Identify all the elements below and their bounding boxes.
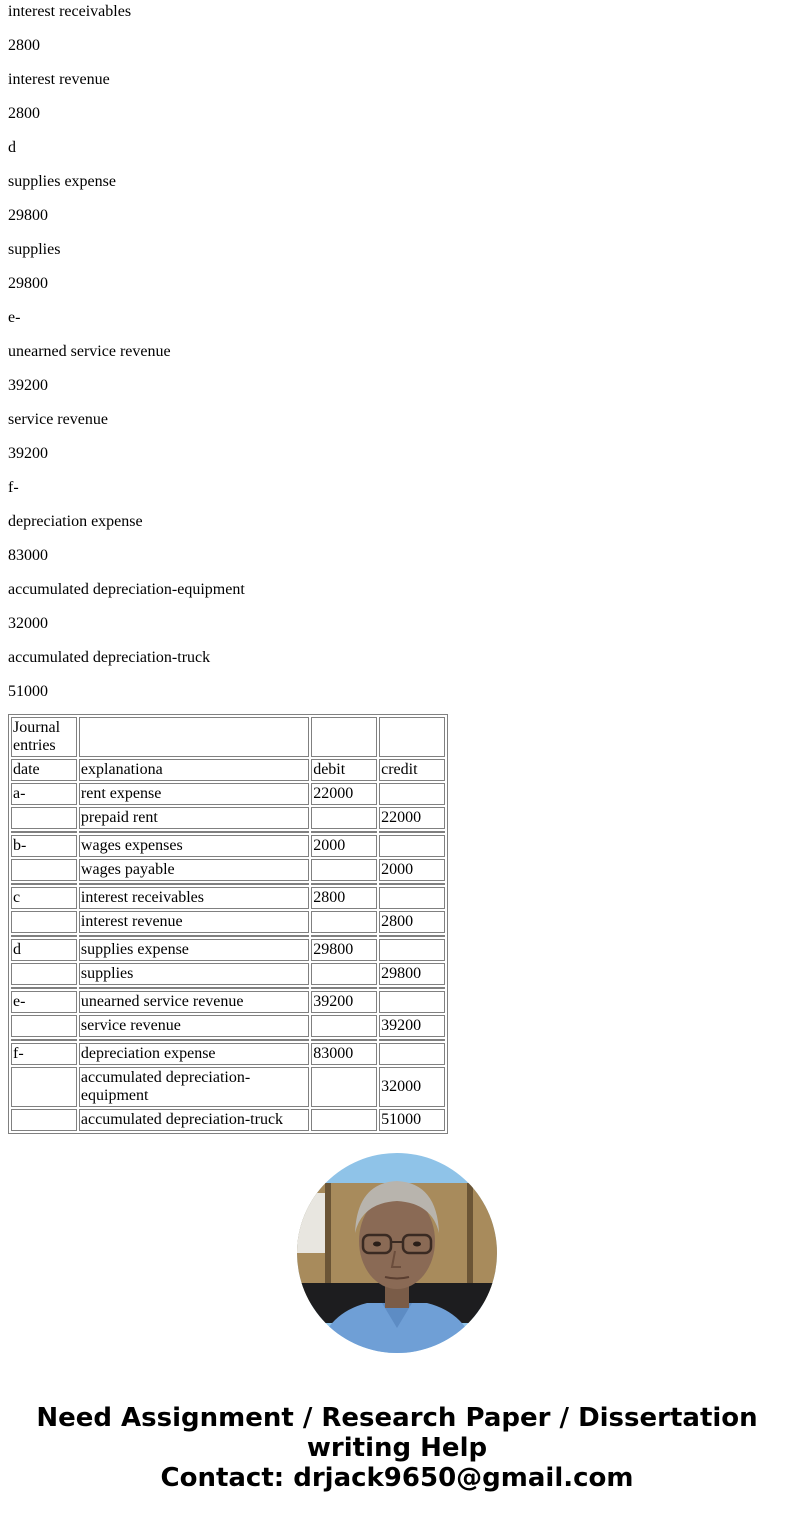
preamble-line: depreciation expense — [8, 510, 786, 544]
debit-cell: 39200 — [311, 991, 377, 1013]
debit-cell — [311, 1067, 377, 1107]
credit-cell — [379, 835, 445, 857]
separator-cell — [79, 1039, 309, 1041]
preamble-text: interest receivables2800interest revenue… — [8, 0, 786, 714]
preamble-line: accumulated depreciation-truck — [8, 646, 786, 680]
explanation-cell: service revenue — [79, 1015, 309, 1037]
debit-cell — [311, 963, 377, 985]
preamble-line: 83000 — [8, 544, 786, 578]
explanation-cell: rent expense — [79, 783, 309, 805]
table-row: supplies29800 — [11, 963, 445, 985]
date-cell — [11, 911, 77, 933]
explanation-cell: accumulated depreciation-truck — [79, 1109, 309, 1131]
explanation-cell: supplies — [79, 963, 309, 985]
table-title-row: Journal entries — [11, 717, 445, 757]
date-cell — [11, 807, 77, 829]
table-row: e-unearned service revenue39200 — [11, 991, 445, 1013]
date-cell — [11, 1067, 77, 1107]
separator-cell — [311, 935, 377, 937]
date-cell: d — [11, 939, 77, 961]
credit-cell: 2800 — [379, 911, 445, 933]
journal-entries-table: Journal entries date explanationa debit … — [8, 714, 448, 1134]
promo-line-2: writing Help — [0, 1433, 794, 1463]
preamble-line: 29800 — [8, 204, 786, 238]
table-row: f-depreciation expense83000 — [11, 1043, 445, 1065]
explanation-cell: interest revenue — [79, 911, 309, 933]
separator-cell — [11, 935, 77, 937]
group-separator-row — [11, 883, 445, 885]
separator-cell — [79, 883, 309, 885]
empty-cell — [79, 717, 309, 757]
date-cell: c — [11, 887, 77, 909]
separator-cell — [11, 1039, 77, 1041]
credit-cell — [379, 783, 445, 805]
debit-cell — [311, 1015, 377, 1037]
promo-line-1: Need Assignment / Research Paper / Disse… — [0, 1403, 794, 1433]
explanation-cell: interest receivables — [79, 887, 309, 909]
preamble-line: e- — [8, 306, 786, 340]
date-cell: b- — [11, 835, 77, 857]
explanation-cell: accumulated depreciation-equipment — [79, 1067, 309, 1107]
debit-cell — [311, 911, 377, 933]
separator-cell — [11, 831, 77, 833]
column-header-explanation: explanationa — [79, 759, 309, 781]
date-cell — [11, 1109, 77, 1131]
author-avatar — [297, 1153, 497, 1353]
promo-banner: Need Assignment / Research Paper / Disse… — [0, 1403, 794, 1493]
separator-cell — [379, 987, 445, 989]
group-separator-row — [11, 935, 445, 937]
date-cell: a- — [11, 783, 77, 805]
preamble-line: 2800 — [8, 34, 786, 68]
credit-cell — [379, 887, 445, 909]
separator-cell — [11, 883, 77, 885]
credit-cell: 29800 — [379, 963, 445, 985]
separator-cell — [379, 831, 445, 833]
separator-cell — [79, 831, 309, 833]
debit-cell: 2000 — [311, 835, 377, 857]
debit-cell: 83000 — [311, 1043, 377, 1065]
date-cell: f- — [11, 1043, 77, 1065]
preamble-line: 29800 — [8, 272, 786, 306]
debit-cell — [311, 807, 377, 829]
date-cell — [11, 963, 77, 985]
credit-cell: 39200 — [379, 1015, 445, 1037]
column-header-debit: debit — [311, 759, 377, 781]
explanation-cell: unearned service revenue — [79, 991, 309, 1013]
preamble-line: d — [8, 136, 786, 170]
table-row: interest revenue2800 — [11, 911, 445, 933]
separator-cell — [311, 883, 377, 885]
debit-cell: 22000 — [311, 783, 377, 805]
explanation-cell: wages payable — [79, 859, 309, 881]
separator-cell — [79, 935, 309, 937]
table-row: service revenue39200 — [11, 1015, 445, 1037]
preamble-line: service revenue — [8, 408, 786, 442]
preamble-line: interest receivables — [8, 0, 786, 34]
table-title-cell: Journal entries — [11, 717, 77, 757]
debit-cell — [311, 1109, 377, 1131]
table-row: dsupplies expense29800 — [11, 939, 445, 961]
date-cell: e- — [11, 991, 77, 1013]
separator-cell — [11, 987, 77, 989]
separator-cell — [79, 987, 309, 989]
credit-cell — [379, 991, 445, 1013]
group-separator-row — [11, 1039, 445, 1041]
preamble-line: accumulated depreciation-equipment — [8, 578, 786, 612]
preamble-line: 32000 — [8, 612, 786, 646]
preamble-line: interest revenue — [8, 68, 786, 102]
table-row: accumulated depreciation-truck51000 — [11, 1109, 445, 1131]
group-separator-row — [11, 831, 445, 833]
separator-cell — [379, 935, 445, 937]
date-cell — [11, 859, 77, 881]
explanation-cell: supplies expense — [79, 939, 309, 961]
explanation-cell: depreciation expense — [79, 1043, 309, 1065]
column-header-credit: credit — [379, 759, 445, 781]
preamble-line: f- — [8, 476, 786, 510]
table-row: b-wages expenses2000 — [11, 835, 445, 857]
debit-cell — [311, 859, 377, 881]
separator-cell — [311, 987, 377, 989]
credit-cell — [379, 939, 445, 961]
column-header-date: date — [11, 759, 77, 781]
credit-cell: 32000 — [379, 1067, 445, 1107]
column-header-row: date explanationa debit credit — [11, 759, 445, 781]
date-cell — [11, 1015, 77, 1037]
table-row: cinterest receivables2800 — [11, 887, 445, 909]
credit-cell: 51000 — [379, 1109, 445, 1131]
separator-cell — [311, 831, 377, 833]
credit-cell — [379, 1043, 445, 1065]
preamble-line: 39200 — [8, 442, 786, 476]
preamble-line: supplies — [8, 238, 786, 272]
group-separator-row — [11, 987, 445, 989]
table-row: wages payable2000 — [11, 859, 445, 881]
credit-cell: 22000 — [379, 807, 445, 829]
empty-cell — [379, 717, 445, 757]
preamble-line: supplies expense — [8, 170, 786, 204]
empty-cell — [311, 717, 377, 757]
separator-cell — [379, 1039, 445, 1041]
preamble-line: 2800 — [8, 102, 786, 136]
debit-cell: 29800 — [311, 939, 377, 961]
promo-contact: Contact: drjack9650@gmail.com — [0, 1463, 794, 1493]
separator-cell — [311, 1039, 377, 1041]
author-photo-icon — [297, 1153, 497, 1353]
explanation-cell: prepaid rent — [79, 807, 309, 829]
separator-cell — [379, 883, 445, 885]
credit-cell: 2000 — [379, 859, 445, 881]
table-row: a-rent expense22000 — [11, 783, 445, 805]
table-row: accumulated depreciation-equipment32000 — [11, 1067, 445, 1107]
explanation-cell: wages expenses — [79, 835, 309, 857]
preamble-line: unearned service revenue — [8, 340, 786, 374]
preamble-line: 39200 — [8, 374, 786, 408]
debit-cell: 2800 — [311, 887, 377, 909]
table-row: prepaid rent22000 — [11, 807, 445, 829]
preamble-line: 51000 — [8, 680, 786, 714]
page-content: interest receivables2800interest revenue… — [0, 0, 794, 1134]
